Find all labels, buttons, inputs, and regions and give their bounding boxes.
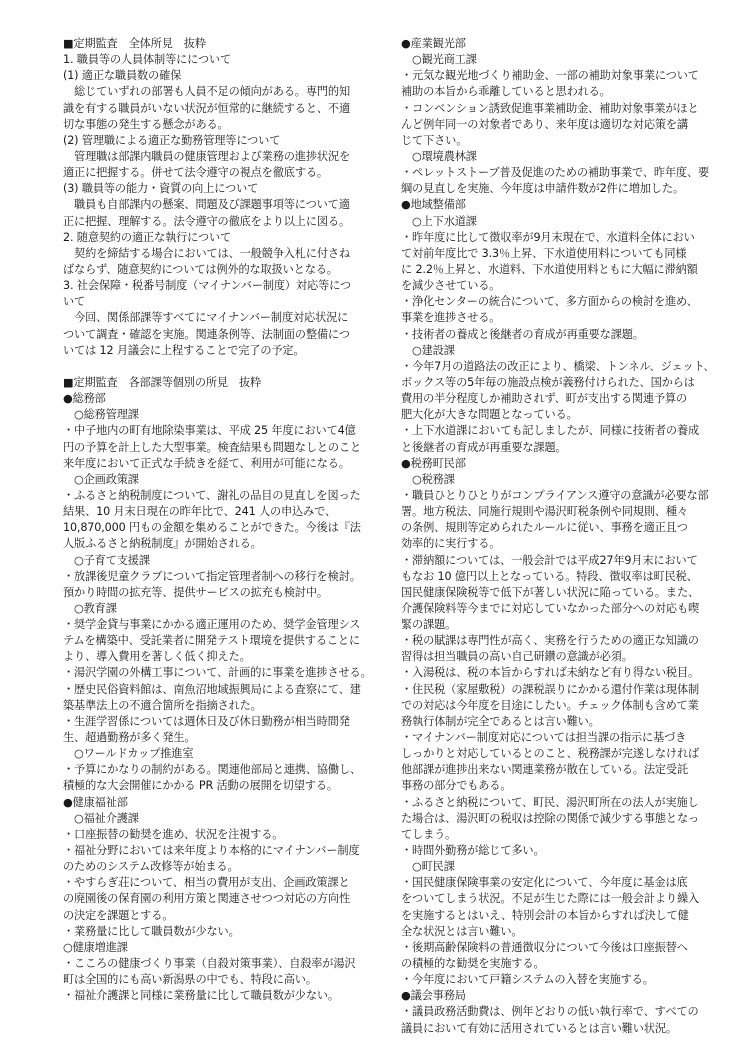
paragraph-line: をついてしまう状況。不足が生じた際には一般会計より繰入 [401,891,734,907]
bullet-line: ・ふるさと納税制度について、謝礼の品目の見直しを図った [63,488,388,504]
paragraph-line: 来年度において正式な手続きを経て、利用が可能になる。 [63,456,388,472]
paragraph-line: 人版ふるさと納税制度』が開始される。 [63,536,388,552]
paragraph-line: 全な状況とは言い難い。 [401,924,734,940]
bullet-line: ・税の賦課は専門性が高く、実務を行うための適正な知識の [401,633,734,649]
bullet-line: ・予算にかなりの制約がある。関連他部局と連携、協働し、 [63,762,388,778]
bullet-line: ・浄化センターの統合について、多方面からの検討を進め、 [401,294,734,310]
paragraph-line: 総じていずれの部署も人員不足の傾向がある。専門的知 [63,84,388,100]
bullet-line: ・コンベンション誘致促進事業補助金、補助対象事業がほと [401,101,734,117]
bullet-line: ・湯沢学園の外構工事について、計画的に事業を進捗させる。 [63,665,388,681]
bullet-line: ・歴史民俗資料館は、南魚沼地域振興局による査察にて、建 [63,682,388,698]
bullet-line: ・今年度において戸籍システムの入替を実施する。 [401,972,734,988]
paragraph-line: 費用の半分程度しか補助されず、町が支出する関連予算の [401,391,734,407]
section-heading: ■定期監査 全体所見 抜粋 [63,36,388,52]
paragraph-line: テムを構築中、受託業者に開発テスト環境を提供することに [63,633,388,649]
paragraph-line: 適正に把握する。併せて法令遵守の視点を徹底する。 [63,165,388,181]
paragraph-line: 契約を締結する場合においては、一般競争入札に付さね [63,246,388,262]
paragraph-line: より、導入費用を著しく低く抑えた。 [63,649,388,665]
paragraph-line: た場合は、湯沢町の税収は控除の関係で減少する事態となっ [401,811,734,827]
paragraph-line: ボックス等の5年毎の施設点検が義務付けられた、国からは [401,375,734,391]
paragraph-line: と後継者の育成が再重要な課題。 [401,440,734,456]
paragraph-line: 国民健康保険税等で低下が著しい状況に陥っている。また、 [401,585,734,601]
division-heading: ○環境農林課 [401,149,734,165]
paragraph-line: の廃園後の保育園の利用方策と関連させつつ対応の方向性 [63,891,388,907]
division-heading: ○健康増進課 [63,940,388,956]
bullet-line: ・マイナンバー制度対応については担当課の指示に基づき [401,730,734,746]
paragraph-line: 習得は担当職員の高い自己研鑽の意識が必須。 [401,649,734,665]
bullet-line: ・やすらぎ荘について、相当の費用が支出、企画政策課と [63,875,388,891]
bullet-line: ・福祉介護課と同様に業務量に比して職員数が少ない。 [63,988,388,1004]
bullet-line: ・口座振替の勧奨を進め、状況を注視する。 [63,827,388,843]
paragraph-line: 効率的に実行する。 [401,536,734,552]
paragraph-line: 管理職は部課内職員の健康管理および業務の進捗状況を [63,149,388,165]
division-heading: ○企画政策課 [63,472,388,488]
paragraph-line: 務執行体制が完全であるとは言い難い。 [401,714,734,730]
bullet-line: ・技術者の養成と後継者の育成が再重要な課題。 [401,327,734,343]
paragraph-line: 築基準法上の不適合箇所を指摘された。 [63,698,388,714]
paragraph-line: ついて調査・確認を実施。関連条例等、法制面の整備につ [63,327,388,343]
paragraph-line: 今回、関係部課等すべてにマイナンバー制度対応状況に [63,310,388,326]
paragraph-line: 緊の課題。 [401,617,734,633]
paragraph-line: 他部課が進捗出来ない関連業務が散在している。法定受託 [401,762,734,778]
bullet-line: ・議員政務活動費は、例年どおりの低い執行率で、すべての [401,1004,734,1020]
bullet-line: ・生涯学習係については週休日及び休日勤務が相当時間発 [63,714,388,730]
department-heading: ●地域整備部 [401,197,734,213]
paragraph-line: んど例年同一の対象者であり、来年度は適切な対応策を講 [401,117,734,133]
left-column: ■定期監査 全体所見 抜粋1. 職員等の人員体制等にについて(1) 適正な職員数… [63,36,388,1004]
department-heading: ●議会事務局 [401,988,734,1004]
paragraph-line: を減少させている。 [401,278,734,294]
paragraph-line: じて下さい。 [401,133,734,149]
paragraph-line: 識を有する職員がいない状況が恒常的に継続すると、不適 [63,101,388,117]
paragraph-line: の決定を課題とする。 [63,908,388,924]
paragraph-line: 10,870,000 円もの金額を集めることができた。今後は『法 [63,520,388,536]
bullet-line: ・上下水道課においても記しましたが、同様に技術者の養成 [401,423,734,439]
bullet-line: ・住民税（家屋敷税）の課税誤りにかかる還付作業は現体制 [401,682,734,698]
paragraph-line: のためのシステム改修等が始まる。 [63,859,388,875]
bullet-line: ・こころの健康づくり事業（自殺対策事業）、自殺率が湯沢 [63,956,388,972]
paragraph-line: の条例、規則等定められたルールに従い、事務を適正且つ [401,520,734,536]
division-heading: ○子育て支援課 [63,553,388,569]
bullet-line: ・業務量に比して職員数が少ない。 [63,924,388,940]
paragraph-line: て対前年度比で 3.3％上昇、下水道使用料についても同様 [401,246,734,262]
paragraph-line: 円の予算を計上した大型事業。検査結果も問題なしとのこと [63,440,388,456]
bullet-line: ・昨年度に比して徴収率が9月末現在で、水道料全体におい [401,230,734,246]
bullet-line: ・ペレットストーブ普及促進のための補助事業で、昨年度、要 [401,165,734,181]
paragraph-line: 預かり時間の拡充等、提供サービスの拡充も検討中。 [63,585,388,601]
item-heading: 1. 職員等の人員体制等にについて [63,52,388,68]
bullet-line: ・奨学金貸与事業にかかる適正運用のため、奨学金管理シス [63,617,388,633]
paragraph-line: いては 12 月議会に上程することで完了の予定。 [63,343,388,359]
bullet-line: ・今年7月の道路法の改正により、橋梁、トンネル、ジェット、 [401,359,734,375]
division-heading: ○上下水道課 [401,214,734,230]
paragraph-line: 正に把握、理解する。法令遵守の徹底をより以上に図る。 [63,214,388,230]
division-heading: ○建設課 [401,343,734,359]
bullet-line: ・時間外勤務が総じて多い。 [401,843,734,859]
section-heading: ■定期監査 各部課等個別の所見 抜粋 [63,375,388,391]
paragraph-line: 介護保険料等今までに対応していなかった部分への対応も喫 [401,601,734,617]
paragraph-line: 積極的な大会開催にかかる PR 活動の展開を切望する。 [63,778,388,794]
paragraph-line: 町は全国的にも高い新潟県の中でも、特段に高い。 [63,972,388,988]
bullet-line: ・入湯税は、税の本旨からすれば未納など有り得ない税目。 [401,665,734,681]
paragraph-line: 職員も自部課内の懸案、問題及び課題事項等について適 [63,197,388,213]
bullet-line: ・中子地内の町有地除染事業は、平成 25 年度において4億 [63,423,388,439]
paragraph-line: 切な事態の発生する懸念がある。 [63,117,388,133]
division-heading: ○教育課 [63,601,388,617]
paragraph-line: 議員において有効に活用されているとは言い難い状況。 [401,1021,734,1037]
right-column: ●産業観光部 ○観光商工課・元気な観光地づくり補助金、一部の補助対象事業について… [401,36,734,1037]
division-heading: ○税務課 [401,472,734,488]
blank-line [63,359,388,375]
paragraph-line: いて [63,294,388,310]
paragraph-line: 肥大化が大きな問題となっている。 [401,407,734,423]
paragraph-line: ばならず、随意契約については例外的な取扱いとなる。 [63,262,388,278]
item-heading: (2) 管理職による適正な勤務管理等について [63,133,388,149]
department-heading: ●健康福祉部 [63,795,388,811]
item-heading: 3. 社会保障・税番号制度（マイナンバー制度）対応等につ [63,278,388,294]
department-heading: ●税務町民部 [401,456,734,472]
item-heading: 2. 随意契約の適正な執行について [63,230,388,246]
bullet-line: ・放課後児童クラブについて指定管理者制への移行を検討。 [63,569,388,585]
division-heading: ○総務管理課 [63,407,388,423]
paragraph-line: てしまう。 [401,827,734,843]
paragraph-line: 結果、10 月末日現在の昨年比で、241 人の申込みで、 [63,504,388,520]
paragraph-line: の積極的な勧奨を実施する。 [401,956,734,972]
item-heading: (1) 適正な職員数の確保 [63,68,388,84]
bullet-line: ・ふるさと納税について、町民、湯沢町所在の法人が実施し [401,795,734,811]
bullet-line: ・職員ひとりひとりがコンプライアンス遵守の意識が必要な部 [401,488,734,504]
paragraph-line: に 2.2％上昇と、水道料、下水道使用料ともに大幅に滞納額 [401,262,734,278]
bullet-line: ・国民健康保険事業の安定化について、今年度に基金は底 [401,875,734,891]
department-heading: ●産業観光部 [401,36,734,52]
department-heading: ●総務部 [63,391,388,407]
paragraph-line: もなお 10 億円以上となっている。特段、徴収率は町民税、 [401,569,734,585]
paragraph-line: を実施するとはいえ、特別会計の本旨からすれば決して健 [401,908,734,924]
division-heading: ○ワールドカップ推進室 [63,746,388,762]
bullet-line: ・福祉分野においては来年度より本格的にマイナンバー制度 [63,843,388,859]
paragraph-line: 生、超過勤務が多く発生。 [63,730,388,746]
paragraph-line: 補助の本旨から乖離していると思われる。 [401,84,734,100]
bullet-line: ・元気な観光地づくり補助金、一部の補助対象事業について [401,68,734,84]
paragraph-line: 綱の見直しを実施、今年度は申請件数が2件に増加した。 [401,181,734,197]
bullet-line: ・後期高齢保険料の普通徴収分について今後は口座振替へ [401,940,734,956]
paragraph-line: しっかりと対応しているとのこと、税務課が完遂しなければ [401,746,734,762]
item-heading: (3) 職員等の能力・資質の向上について [63,181,388,197]
paragraph-line: 事業を進捗させる。 [401,310,734,326]
paragraph-line: 署。地方税法、同施行規則や湯沢町税条例や同規則、種々 [401,504,734,520]
division-heading: ○観光商工課 [401,52,734,68]
division-heading: ○福祉介護課 [63,811,388,827]
bullet-line: ・滞納額については、一般会計では平成27年9月末において [401,553,734,569]
paragraph-line: での対応は今年度を目途にしたい。チェック体制も含めて業 [401,698,734,714]
paragraph-line: 事務の部分でもある。 [401,778,734,794]
division-heading: ○町民課 [401,859,734,875]
